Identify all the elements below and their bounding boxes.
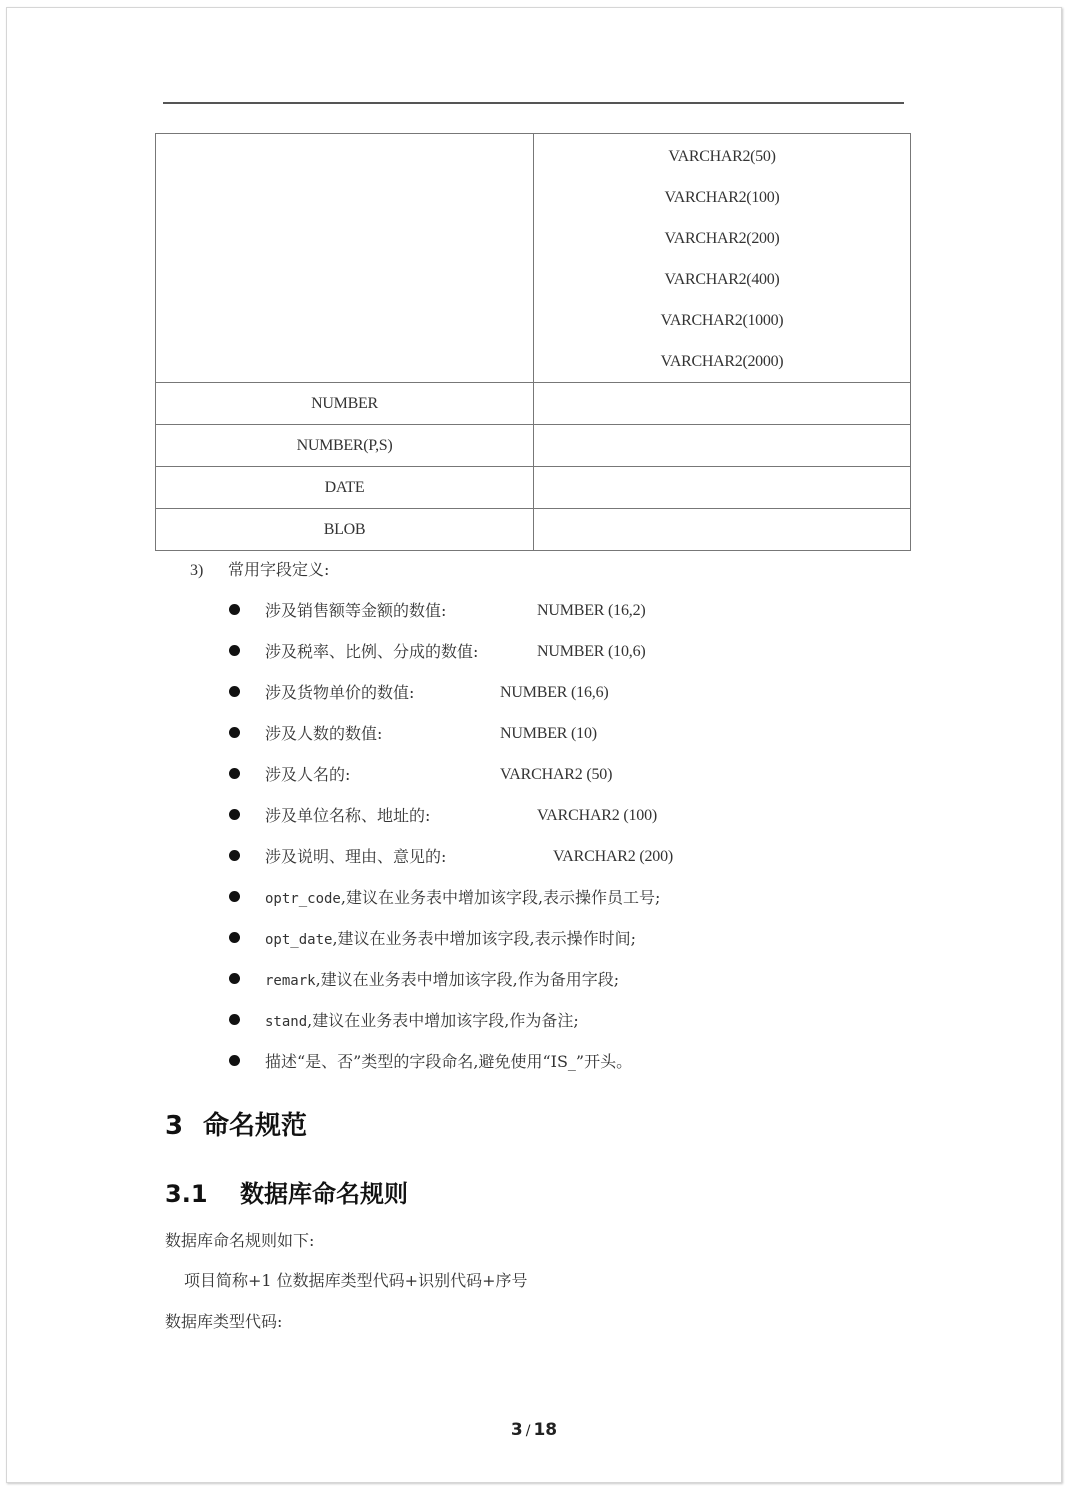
table-row: NUMBER bbox=[156, 383, 911, 425]
list-item: 涉及说明、理由、意见的: VARCHAR2 (200) bbox=[228, 842, 928, 883]
list-item: 涉及税率、比例、分成的数值: NUMBER (10,6) bbox=[228, 637, 928, 678]
field-type: VARCHAR2 (50) bbox=[500, 760, 612, 790]
bullet-icon bbox=[229, 727, 240, 738]
paragraph-intro: 数据库命名规则如下: bbox=[165, 1229, 314, 1253]
table-cell-type: DATE bbox=[156, 467, 534, 509]
list-item: 涉及人名的: VARCHAR2 (50) bbox=[228, 760, 928, 801]
bullet-icon bbox=[229, 973, 240, 984]
table-row: BLOB bbox=[156, 509, 911, 551]
field-type: VARCHAR2 (100) bbox=[537, 801, 657, 831]
list-number: 3) bbox=[190, 559, 228, 583]
field-code: optr_code bbox=[265, 891, 341, 907]
table-cell-value bbox=[534, 425, 911, 467]
varchar-type: VARCHAR2(2000) bbox=[534, 341, 910, 382]
table-cell-value bbox=[534, 509, 911, 551]
page-number: 3/18 bbox=[0, 1420, 1068, 1440]
table-cell-type: NUMBER bbox=[156, 383, 534, 425]
table-cell-type: BLOB bbox=[156, 509, 534, 551]
varchar-type: VARCHAR2(1000) bbox=[534, 300, 910, 341]
bullet-icon bbox=[229, 686, 240, 697]
list-item: optr_code,建议在业务表中增加该字段,表示操作员工号; bbox=[228, 883, 928, 924]
field-definitions-list: 涉及销售额等金额的数值: NUMBER (16,2) 涉及税率、比例、分成的数值… bbox=[228, 596, 928, 1088]
bullet-icon bbox=[229, 1055, 240, 1066]
varchar-types-cell: VARCHAR2(50) VARCHAR2(100) VARCHAR2(200)… bbox=[534, 134, 911, 383]
field-type: NUMBER (16,6) bbox=[500, 678, 609, 708]
field-code: stand bbox=[265, 1014, 307, 1030]
current-page: 3 bbox=[511, 1420, 523, 1440]
list-heading-common-fields: 3)常用字段定义: bbox=[190, 558, 329, 583]
varchar-type: VARCHAR2(100) bbox=[534, 177, 910, 218]
field-type: NUMBER (10) bbox=[500, 719, 597, 749]
subsection-heading: 3.1数据库命名规则 bbox=[165, 1174, 408, 1209]
subsection-title: 数据库命名规则 bbox=[240, 1180, 408, 1208]
header-rule bbox=[163, 102, 904, 104]
bullet-icon bbox=[229, 850, 240, 861]
bullet-icon bbox=[229, 768, 240, 779]
data-types-table: VARCHAR2(50) VARCHAR2(100) VARCHAR2(200)… bbox=[155, 133, 911, 551]
section-heading: 3命名规范 bbox=[165, 1105, 307, 1142]
total-pages: 18 bbox=[533, 1420, 557, 1440]
list-item: 涉及单位名称、地址的: VARCHAR2 (100) bbox=[228, 801, 928, 842]
bullet-icon bbox=[229, 891, 240, 902]
list-item: 描述“是、否”类型的字段命名,避免使用“IS_”开头。 bbox=[228, 1047, 928, 1088]
field-type: VARCHAR2 (200) bbox=[553, 842, 673, 872]
bullet-icon bbox=[229, 604, 240, 615]
bullet-icon bbox=[229, 809, 240, 820]
field-type: NUMBER (10,6) bbox=[537, 637, 646, 667]
field-code: opt_date bbox=[265, 932, 332, 948]
varchar-type: VARCHAR2(200) bbox=[534, 218, 910, 259]
page-separator: / bbox=[526, 1423, 531, 1439]
list-item: stand,建议在业务表中增加该字段,作为备注; bbox=[228, 1006, 928, 1047]
bullet-icon bbox=[229, 932, 240, 943]
table-cell-value bbox=[534, 467, 911, 509]
subsection-number: 3.1 bbox=[165, 1180, 240, 1208]
section-number: 3 bbox=[165, 1111, 203, 1141]
paragraph-type-code-label: 数据库类型代码: bbox=[165, 1310, 282, 1334]
table-row: VARCHAR2(50) VARCHAR2(100) VARCHAR2(200)… bbox=[156, 134, 911, 383]
varchar-type: VARCHAR2(400) bbox=[534, 259, 910, 300]
field-code: remark bbox=[265, 973, 316, 989]
varchar-type: VARCHAR2(50) bbox=[534, 136, 910, 177]
table-cell-empty bbox=[156, 134, 534, 383]
bullet-icon bbox=[229, 645, 240, 656]
field-type: NUMBER (16,2) bbox=[537, 596, 646, 626]
list-item: remark,建议在业务表中增加该字段,作为备用字段; bbox=[228, 965, 928, 1006]
section-title: 命名规范 bbox=[203, 1111, 307, 1141]
list-item: opt_date,建议在业务表中增加该字段,表示操作时间; bbox=[228, 924, 928, 965]
list-item: 涉及人数的数值: NUMBER (10) bbox=[228, 719, 928, 760]
table-row: DATE bbox=[156, 467, 911, 509]
table-cell-value bbox=[534, 383, 911, 425]
list-title: 常用字段定义: bbox=[228, 560, 329, 579]
list-item: 涉及销售额等金额的数值: NUMBER (16,2) bbox=[228, 596, 928, 637]
list-item: 涉及货物单价的数值: NUMBER (16,6) bbox=[228, 678, 928, 719]
paragraph-rule: 项目简称+1 位数据库类型代码+识别代码+序号 bbox=[184, 1269, 528, 1293]
table-row: NUMBER(P,S) bbox=[156, 425, 911, 467]
bullet-icon bbox=[229, 1014, 240, 1025]
table-cell-type: NUMBER(P,S) bbox=[156, 425, 534, 467]
